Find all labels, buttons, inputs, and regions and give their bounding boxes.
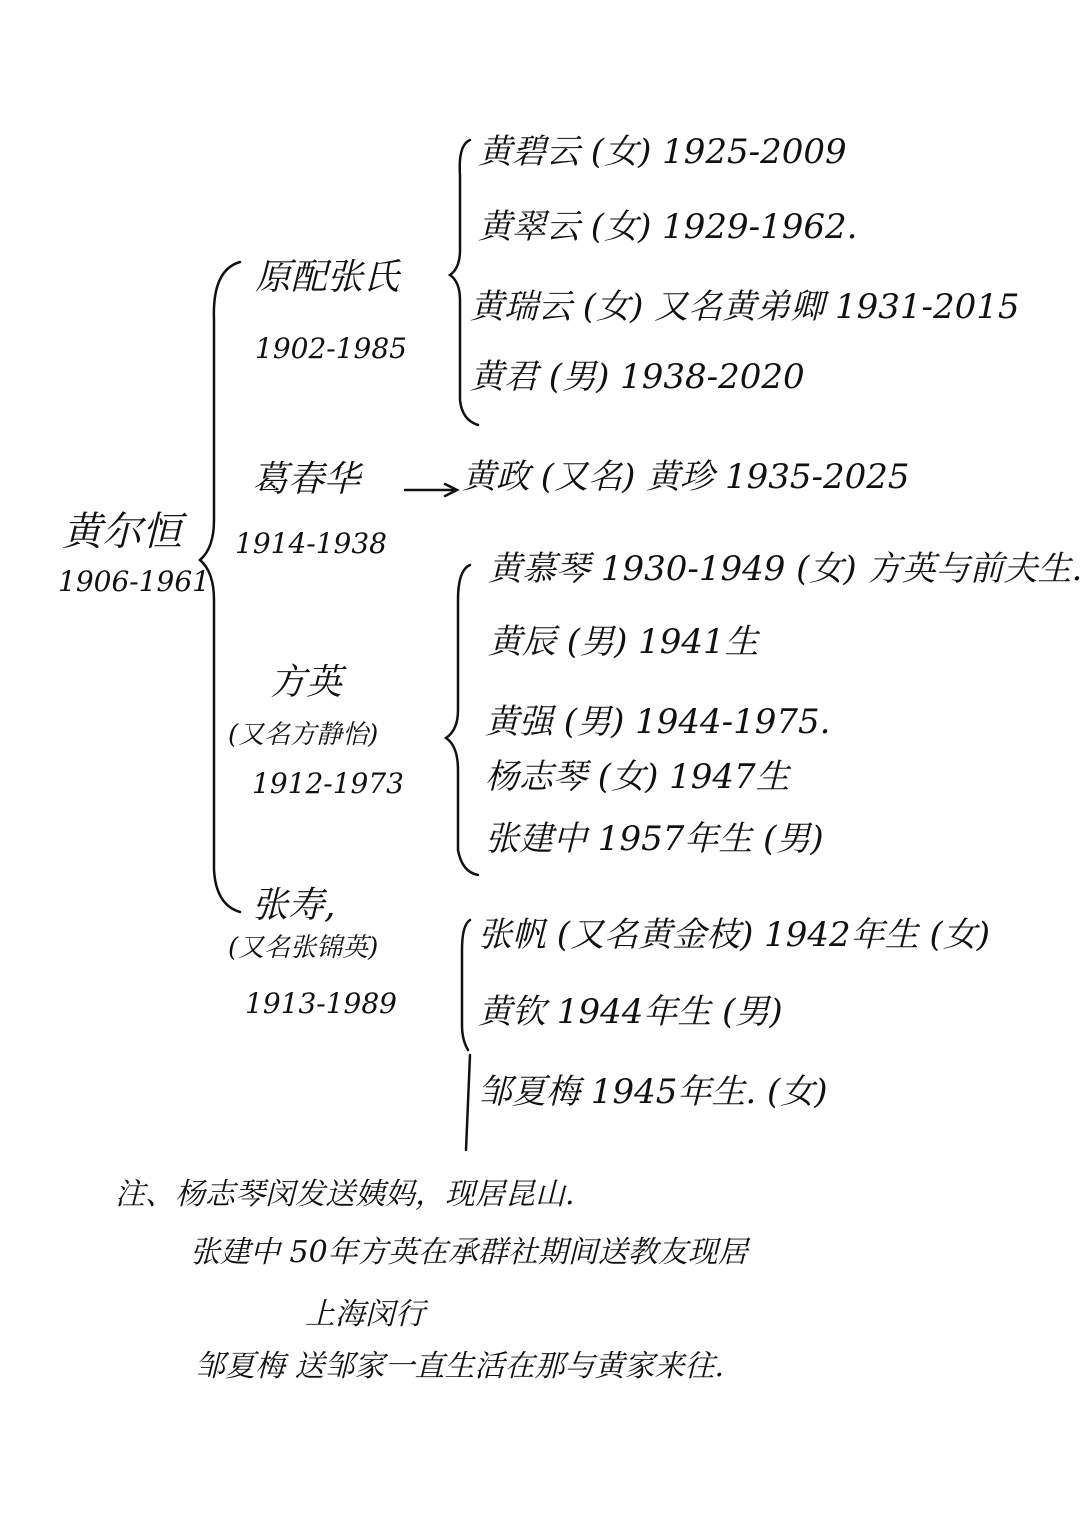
- child-entry: 杨志琴 (女) 1947生: [485, 760, 790, 794]
- child-entry: 黄碧云 (女) 1925-2009: [478, 135, 847, 169]
- child-entry: 邹夏梅 1945年生. (女): [478, 1075, 827, 1109]
- spouse-name: 葛春华: [252, 462, 360, 498]
- child-entry: 黄钦 1944年生 (男): [478, 995, 783, 1029]
- note-line: 注、杨志琴闵发送姨妈，现居昆山.: [115, 1180, 575, 1210]
- spouse-alias: (又名张锦英): [228, 935, 378, 961]
- note-line: 张建中 50年方英在承群社期间送教友现居: [190, 1238, 748, 1268]
- note-line: 上海闵行: [305, 1300, 425, 1330]
- child-entry: 黄强 (男) 1944-1975.: [485, 705, 831, 739]
- spouse-alias: (又名方静怡): [228, 722, 378, 748]
- child-entry: 黄慕琴 1930-1949 (女) 方英与前夫生.: [488, 552, 1080, 586]
- child-entry: 黄翠云 (女) 1929-1962.: [478, 210, 858, 244]
- note-line: 邹夏梅 送邹家一直生活在那与黄家来往.: [195, 1352, 724, 1382]
- child-entry: 黄辰 (男) 1941生: [488, 625, 759, 659]
- spouse-name: 原配张氏: [255, 260, 399, 296]
- child-entry: 黄政 (又名) 黄珍 1935-2025: [462, 460, 910, 494]
- child-entry: 张建中 1957年生 (男): [485, 822, 824, 856]
- child-entry: 张帆 (又名黄金枝) 1942年生 (女): [478, 918, 990, 952]
- spouse-name: 张寿,: [252, 888, 335, 924]
- child-entry: 黄瑞云 (女) 又名黄弟卿 1931-2015: [470, 290, 1020, 324]
- root-name: 黄尔恒: [62, 512, 182, 552]
- spouse-years: 1914-1938: [235, 530, 387, 558]
- child-entry: 黄君 (男) 1938-2020: [470, 360, 805, 394]
- spouse-name: 方英: [270, 665, 342, 701]
- spouse-years: 1902-1985: [255, 335, 407, 363]
- spouse-years: 1913-1989: [245, 990, 397, 1018]
- spouse-years: 1912-1973: [252, 770, 404, 798]
- root-years: 1906-1961: [58, 568, 210, 596]
